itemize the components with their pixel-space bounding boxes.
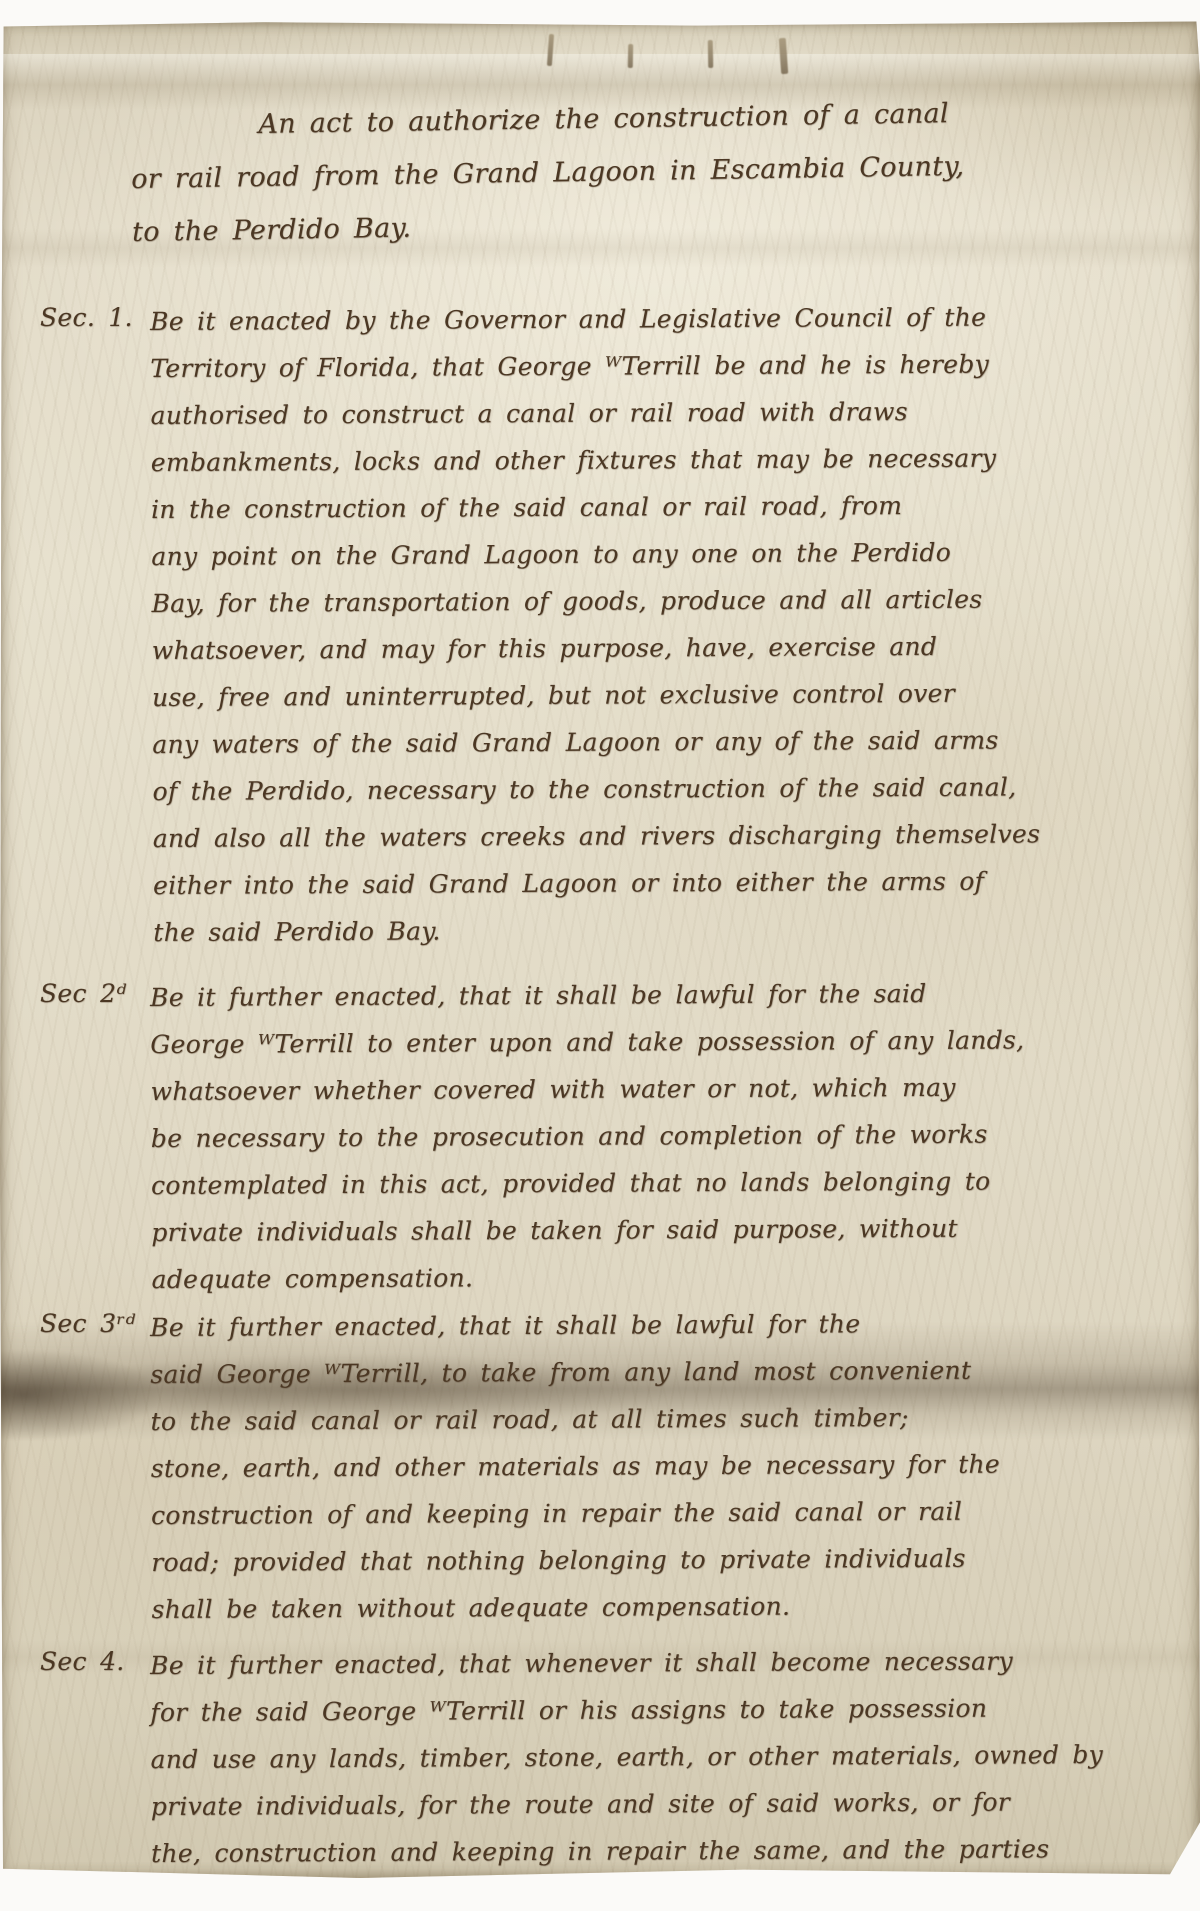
manuscript-line: the said Perdido Bay. [153,908,1183,960]
document-title: An act to authorize the construction of … [130,85,1072,259]
manuscript-line: Territory of Florida, that George ᵂTerri… [150,344,1180,396]
manuscript-line: Be it further enacted, that whenever it … [150,1641,1180,1693]
manuscript-line: adequate compensation. [151,1255,1181,1307]
section-body: Be it further enacted, that whenever it … [150,1641,1181,1881]
section-label: Sec 4. [40,1646,150,1881]
manuscript-line: construction of and keeping in repair th… [151,1491,1181,1543]
manuscript-line: embankments, locks and other fixtures th… [151,438,1181,490]
section-body: Be it enacted by the Governor and Legisl… [150,297,1183,960]
manuscript-line: Be it further enacted, that it shall be … [150,973,1180,1025]
manuscript-line: Be it further enacted, that it shall be … [150,1303,1180,1355]
manuscript-line: said George ᵂTerrill, to take from any l… [150,1350,1180,1402]
manuscript-line: stone, earth, and other materials as may… [151,1444,1181,1496]
manuscript-line: George ᵂTerrill to enter upon and take p… [150,1020,1180,1072]
staple-mark-icon [779,38,788,74]
manuscript-line: in the construction of the said canal or… [151,485,1181,537]
section-3: Sec 3ʳᵈ Be it further enacted, that it s… [40,1308,1180,1637]
manuscript-line: of the Perdido, necessary to the constru… [152,767,1182,819]
manuscript-line: to the said canal or rail road, at all t… [150,1397,1180,1449]
manuscript-line: any point on the Grand Lagoon to any one… [151,532,1181,584]
manuscript-line: Be it enacted by the Governor and Legisl… [150,297,1180,349]
section-4: Sec 4. Be it further enacted, that whene… [40,1646,1180,1881]
manuscript-line: use, free and uninterrupted, but not exc… [152,673,1182,725]
section-label: Sec 2ᵈ [40,978,150,1307]
section-body: Be it further enacted, that it shall be … [150,1303,1182,1637]
manuscript-line: shall be taken without adequate compensa… [151,1585,1181,1637]
manuscript-line: the, construction and keeping in repair … [151,1829,1181,1881]
section-label: Sec. 1. [40,302,150,960]
section-body: Be it further enacted, that it shall be … [150,973,1182,1307]
staple-mark-icon [628,44,633,68]
section-label: Sec 3ʳᵈ [40,1308,150,1637]
manuscript-line: any waters of the said Grand Lagoon or a… [152,720,1182,772]
manuscript-line: Bay, for the transportation of goods, pr… [151,579,1181,631]
section-2: Sec 2ᵈ Be it further enacted, that it sh… [40,978,1180,1307]
manuscript-line: private individuals shall be taken for s… [151,1208,1181,1260]
manuscript-line: be necessary to the prosecution and comp… [151,1114,1181,1166]
section-1: Sec. 1. Be it enacted by the Governor an… [40,302,1180,960]
manuscript-line: authorised to construct a canal or rail … [150,391,1180,443]
manuscript-line: whatsoever whether covered with water or… [150,1067,1180,1119]
scanned-manuscript-page: { "page": { "kind": "handwritten legisla… [0,0,1200,1911]
manuscript-line: and use any lands, timber, stone, earth,… [150,1735,1180,1787]
paper-sheet: An act to authorize the construction of … [0,20,1200,1878]
manuscript-line: road; provided that nothing belonging to… [151,1538,1181,1590]
manuscript-line: for the said George ᵂTerrill or his assi… [150,1688,1180,1740]
manuscript-line: whatsoever, and may for this purpose, ha… [152,626,1182,678]
staple-mark-icon [547,34,554,66]
manuscript-line: either into the said Grand Lagoon or int… [153,861,1183,913]
manuscript-line: and also all the waters creeks and river… [153,814,1183,866]
staple-mark-icon [708,40,713,68]
manuscript-line: private individuals, for the route and s… [151,1782,1181,1834]
manuscript-line: contemplated in this act, provided that … [151,1161,1181,1213]
